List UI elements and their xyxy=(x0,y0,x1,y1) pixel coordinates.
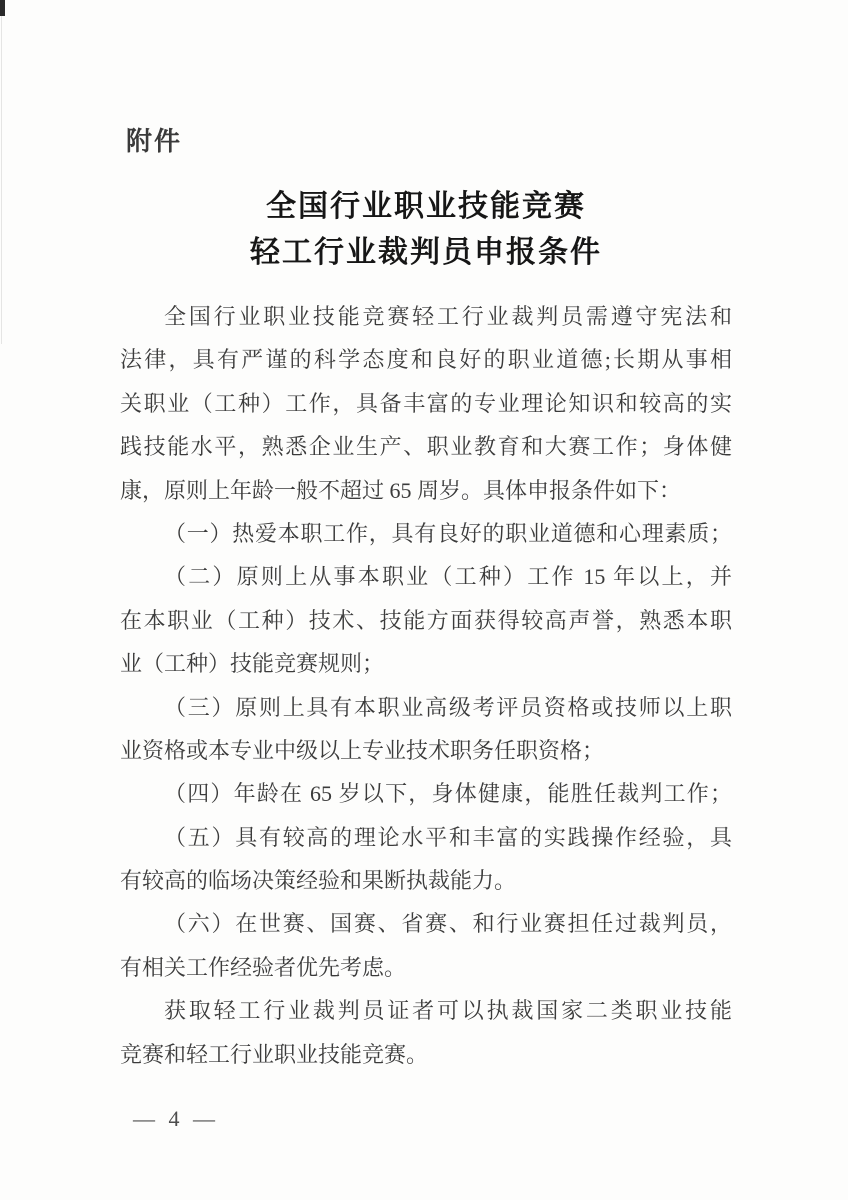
body-line: 康，原则上年龄一般不超过 65 周岁。具体申报条件如下： xyxy=(120,469,732,512)
document-page: 附件 全国行业职业技能竞赛 轻工行业裁判员申报条件 全国行业职业技能竞赛轻工行业… xyxy=(0,0,848,1200)
body-line: （四）年龄在 65 岁以下，身体健康，能胜任裁判工作； xyxy=(120,772,732,815)
document-body: 全国行业职业技能竞赛轻工行业裁判员需遵守宪法和 法律，具有严谨的科学态度和良好的… xyxy=(120,295,732,1076)
body-line: （三）原则上具有本职业高级考评员资格或技师以上职 xyxy=(120,686,732,729)
body-line: 业（工种）技能竞赛规则； xyxy=(120,642,732,685)
body-line: 有较高的临场决策经验和果断执裁能力。 xyxy=(120,859,732,902)
body-line: 有相关工作经验者优先考虑。 xyxy=(120,946,732,989)
body-line: 全国行业职业技能竞赛轻工行业裁判员需遵守宪法和 xyxy=(120,295,732,338)
attachment-label: 附件 xyxy=(126,121,182,158)
body-line: 践技能水平，熟悉企业生产、职业教育和大赛工作；身体健 xyxy=(120,425,732,468)
scan-artifact-edge-line xyxy=(1,14,2,344)
body-line: 关职业（工种）工作，具备丰富的专业理论知识和较高的实 xyxy=(120,382,732,425)
body-line: （六）在世赛、国赛、省赛、和行业赛担任过裁判员， xyxy=(120,902,732,945)
document-title-line-2: 轻工行业裁判员申报条件 xyxy=(120,230,732,276)
body-line: 业资格或本专业中级以上专业技术职务任职资格； xyxy=(120,729,732,772)
body-line: （五）具有较高的理论水平和丰富的实践操作经验，具 xyxy=(120,816,732,859)
body-line: （一）热爱本职工作，具有良好的职业道德和心理素质； xyxy=(120,512,732,555)
document-title: 全国行业职业技能竞赛 轻工行业裁判员申报条件 xyxy=(120,184,732,276)
body-line: （二）原则上从事本职业（工种）工作 15 年以上，并 xyxy=(120,555,732,598)
page-number: — 4 — xyxy=(133,1106,219,1132)
document-title-line-1: 全国行业职业技能竞赛 xyxy=(120,184,732,230)
body-line: 法律，具有严谨的科学态度和良好的职业道德;长期从事相 xyxy=(120,338,732,381)
body-line: 在本职业（工种）技术、技能方面获得较高声誉，熟悉本职 xyxy=(120,599,732,642)
body-line: 竞赛和轻工行业职业技能竞赛。 xyxy=(120,1033,732,1076)
body-line: 获取轻工行业裁判员证者可以执裁国家二类职业技能 xyxy=(120,989,732,1032)
